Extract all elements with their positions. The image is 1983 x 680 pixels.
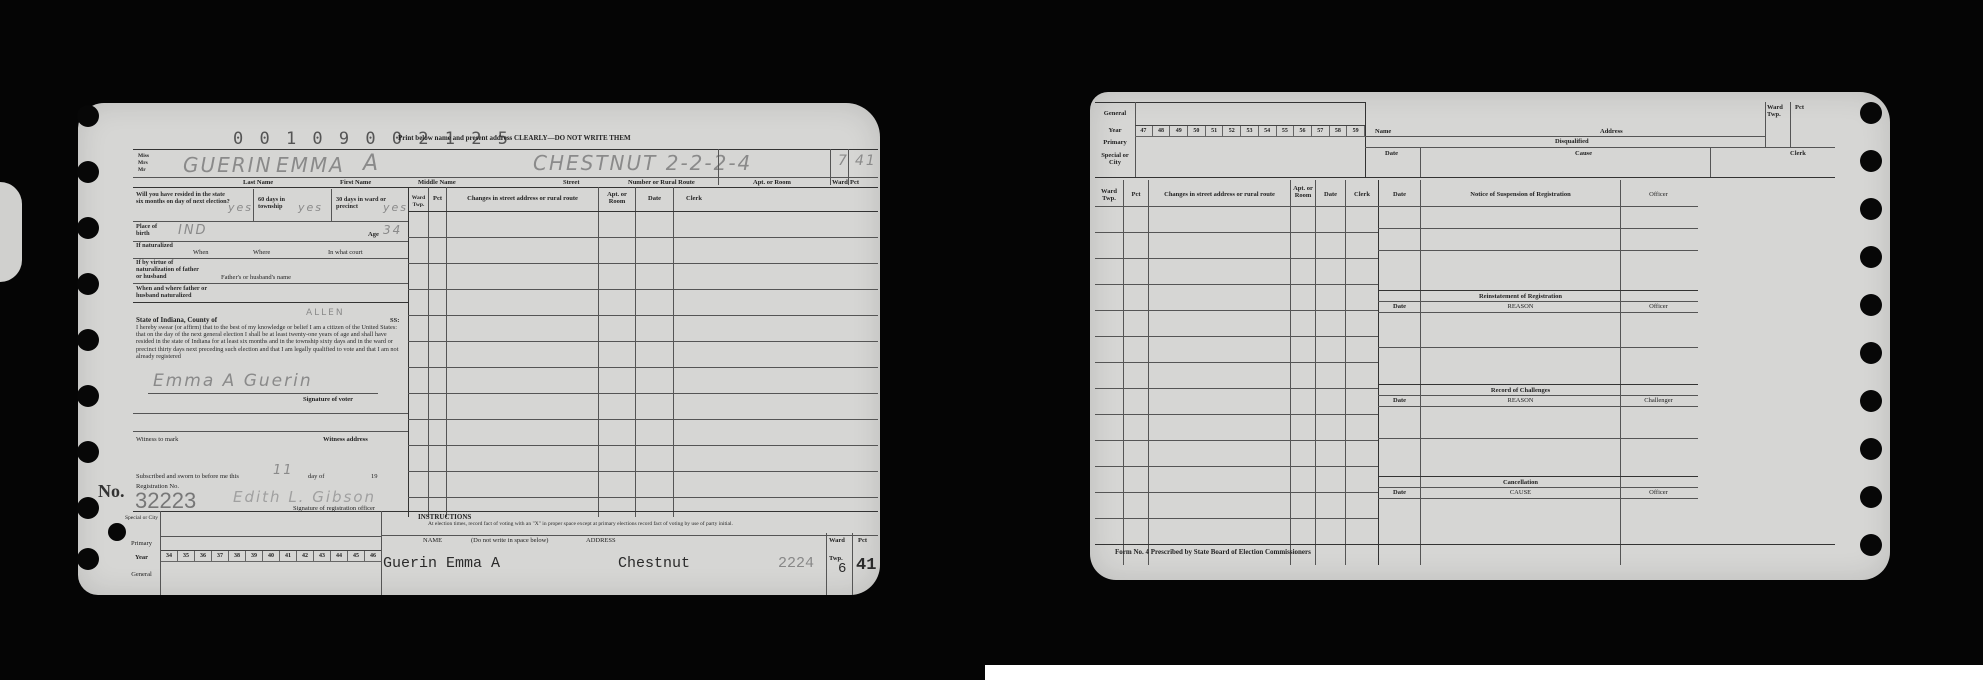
where-label: Where	[253, 249, 270, 256]
grid-label-general: General	[124, 571, 159, 578]
naturalized-label: If naturalized	[136, 242, 176, 249]
grid-year: 35	[178, 551, 195, 562]
grid-year: 59	[1347, 126, 1365, 137]
back-address-label: Address	[1600, 128, 1623, 135]
changes-header-clerk: Clerk	[674, 195, 714, 202]
typed-ward: 6	[838, 561, 846, 577]
back-changes-header-clerk: Clerk	[1346, 191, 1378, 198]
ss-label: SS:	[390, 317, 399, 324]
typed-name: Guerin Emma A	[383, 555, 500, 572]
age-label: Age	[368, 231, 379, 238]
punch-hole-icon	[1860, 198, 1882, 220]
grid-year: 47	[1135, 126, 1153, 137]
label-ward: Ward	[832, 179, 848, 186]
suspension-header-notice: Notice of Suspension of Registration	[1421, 191, 1620, 198]
instructions-text: At election times, record fact of voting…	[428, 521, 868, 528]
challenges-header-challenger: Challenger	[1621, 397, 1696, 404]
reinstatement-header-reason: REASON	[1421, 303, 1620, 310]
grid-year: 58	[1330, 126, 1348, 137]
punch-hole-icon	[1860, 342, 1882, 364]
back-changes-header-date: Date	[1316, 191, 1345, 198]
cancellation-header-cause: CAUSE	[1421, 489, 1620, 496]
suspension-header-officer: Officer	[1621, 191, 1696, 198]
punch-hole-icon	[1860, 438, 1882, 460]
sworn-label: Subscribed and sworn to before me this	[136, 473, 239, 480]
salutation-miss: Miss	[138, 153, 149, 160]
township-answer: yes	[298, 201, 323, 214]
back-changes-header-ward: Ward Twp.	[1095, 188, 1123, 202]
oath-text: I hereby swear (or affirm) that to the b…	[136, 324, 406, 360]
changes-header-date: Date	[636, 195, 673, 202]
cancellation-header-officer: Officer	[1621, 489, 1696, 496]
punch-hole-icon	[108, 523, 126, 541]
grid-year: 55	[1277, 126, 1295, 137]
pct-handwritten: 41	[855, 153, 877, 169]
grid-year: 48	[1153, 126, 1171, 137]
punch-hole-icon	[77, 161, 99, 183]
county-value: ALLEN	[306, 308, 345, 318]
back-grid-label-primary: Primary	[1095, 139, 1135, 146]
suspension-header-date: Date	[1379, 191, 1420, 198]
footer-address-label: ADDRESS	[586, 537, 616, 544]
punch-hole-icon	[77, 548, 99, 570]
voting-grid-front: 34 35 36 37 38 39 40 41 42 43 44 45 46	[160, 550, 382, 562]
salutation-mr: Mr	[138, 167, 146, 174]
punch-hole-icon	[1860, 534, 1882, 556]
back-name-label: Name	[1375, 128, 1391, 135]
grid-year: 41	[280, 551, 297, 562]
witness-label: Witness to mark	[136, 436, 178, 443]
back-grid-label-special: Special or City	[1095, 152, 1135, 166]
grid-year: 40	[263, 551, 280, 562]
instruction-header: Print below name and present address CLE…	[398, 135, 631, 142]
back-date-label: Date	[1385, 150, 1398, 157]
ward-answer: yes	[383, 201, 408, 214]
label-middle-name: Middle Name	[418, 179, 456, 186]
changes-header-address: Changes in street address or rural route	[447, 195, 598, 202]
grid-year: 39	[246, 551, 263, 562]
registration-card-front: 0 0 1 0 9 0 0 2 1 2 5 Print below name a…	[78, 103, 880, 595]
back-disqualified-label: Disqualified	[1555, 138, 1589, 145]
grid-year: 45	[348, 551, 365, 562]
grid-year: 53	[1241, 126, 1259, 137]
court-label: In what court	[328, 249, 363, 256]
adjacent-card-edge	[0, 182, 22, 282]
label-last-name: Last Name	[243, 179, 273, 186]
footer-ward-label: Ward	[829, 537, 845, 544]
punch-hole-icon	[77, 329, 99, 351]
back-ward-label: Ward Twp.	[1767, 104, 1789, 118]
label-pct: Pct	[850, 179, 859, 186]
label-street: Street	[563, 179, 579, 186]
punch-hole-icon	[1860, 486, 1882, 508]
officer-signature: Edith L. Gibson	[233, 488, 376, 506]
punch-hole-icon	[77, 385, 99, 407]
typed-street: Chestnut	[618, 555, 690, 572]
label-number: Number or Rural Route	[628, 179, 695, 186]
grid-label-primary: Primary	[124, 540, 159, 547]
when-where-label: When and where father or husband natural…	[136, 285, 216, 299]
salutation-mrs: Mrs	[138, 160, 148, 167]
punch-hole-icon	[77, 497, 99, 519]
cancellation-title: Cancellation	[1421, 479, 1620, 486]
footer-name-label: NAME	[423, 537, 442, 544]
age-value: 34	[383, 223, 402, 237]
residence-answer: yes	[228, 201, 253, 214]
birth-label: Place of birth	[136, 223, 166, 237]
voting-grid-back: 47 48 49 50 51 52 53 54 55 56 57 58 59	[1135, 125, 1365, 137]
punch-hole-icon	[1860, 294, 1882, 316]
back-changes-header-apt: Apt. or Room	[1291, 185, 1315, 199]
grid-year: 49	[1170, 126, 1188, 137]
back-grid-label-general: General	[1095, 110, 1135, 117]
voter-signature-label: Signature of voter	[303, 396, 353, 403]
changes-header-ward: Ward Twp.	[409, 195, 428, 209]
punch-hole-icon	[1860, 102, 1882, 124]
father-name-label: Father's or husband's name	[221, 274, 291, 281]
changes-header-apt: Apt. or Room	[599, 191, 635, 205]
state-county-label: State of Indiana, County of	[136, 317, 217, 324]
form-note: Form No. 4 Prescribed by State Board of …	[1115, 549, 1311, 556]
back-grid-label-year: Year	[1095, 127, 1135, 134]
reinstatement-header-officer: Officer	[1621, 303, 1696, 310]
grid-year: 43	[314, 551, 331, 562]
grid-year: 38	[229, 551, 246, 562]
back-changes-header-pct: Pct	[1124, 191, 1148, 198]
challenges-header-date: Date	[1379, 397, 1420, 404]
registration-card-back: General Year Primary Special or City 47 …	[1090, 92, 1890, 580]
challenges-header-reason: REASON	[1421, 397, 1620, 404]
first-name-handwritten: EMMA	[276, 153, 345, 177]
grid-year: 56	[1294, 126, 1312, 137]
no-symbol: No.	[98, 481, 125, 502]
back-pct-label: Pct	[1795, 104, 1804, 111]
grid-year: 44	[331, 551, 348, 562]
typed-number: 2224	[778, 555, 814, 572]
grid-year: 46	[365, 551, 382, 562]
middle-name-handwritten: A	[363, 151, 380, 176]
grid-year: 54	[1259, 126, 1277, 137]
footer-note: (Do not write in space below)	[471, 537, 548, 544]
challenges-title: Record of Challenges	[1421, 387, 1620, 394]
grid-year: 42	[297, 551, 314, 562]
grid-year: 34	[161, 551, 178, 562]
punch-hole-icon	[77, 441, 99, 463]
reinstatement-title: Reinstatement of Registration	[1421, 293, 1620, 300]
reinstatement-header-date: Date	[1379, 303, 1420, 310]
grid-year: 57	[1312, 126, 1330, 137]
virtue-label: If by virtue of naturalization of father…	[136, 259, 201, 281]
last-name-handwritten: GUERIN	[183, 153, 273, 177]
back-changes-header-address: Changes in street address or rural route	[1149, 191, 1290, 198]
grid-label-special: Special or City	[124, 515, 159, 522]
grid-year: 36	[195, 551, 212, 562]
grid-year: 37	[212, 551, 229, 562]
grid-year: 51	[1206, 126, 1224, 137]
witness-address-label: Witness address	[323, 436, 368, 443]
punch-hole-icon	[77, 273, 99, 295]
sworn-day: 11	[273, 463, 294, 478]
instructions-title: INSTRUCTIONS	[418, 514, 471, 521]
residence-question: Will you have resided in the state six m…	[136, 191, 231, 205]
punch-hole-icon	[77, 105, 99, 127]
cancellation-header-date: Date	[1379, 489, 1420, 496]
typed-pct: 41	[856, 556, 876, 575]
back-clerk-label: Clerk	[1790, 150, 1806, 157]
label-apt: Apt. or Room	[753, 179, 791, 186]
grid-year: 52	[1223, 126, 1241, 137]
label-first-name: First Name	[340, 179, 371, 186]
grid-label-year: Year	[124, 554, 159, 561]
street-handwritten: CHESTNUT 2-2-2-4	[533, 151, 752, 175]
year-prefix: 19	[371, 473, 378, 480]
voter-signature: Emma A Guerin	[153, 371, 313, 391]
punch-hole-icon	[1860, 150, 1882, 172]
changes-header-pct: Pct	[429, 195, 446, 202]
back-cause-label: Cause	[1575, 150, 1592, 157]
punch-hole-icon	[1860, 246, 1882, 268]
day-of-label: day of	[308, 473, 324, 480]
grid-year: 50	[1188, 126, 1206, 137]
punch-hole-icon	[77, 217, 99, 239]
white-overlay-strip	[985, 665, 1983, 680]
when-label: When	[193, 249, 209, 256]
footer-pct-label: Pct	[858, 537, 867, 544]
punch-hole-icon	[1860, 390, 1882, 412]
birth-value: IND	[178, 223, 208, 238]
